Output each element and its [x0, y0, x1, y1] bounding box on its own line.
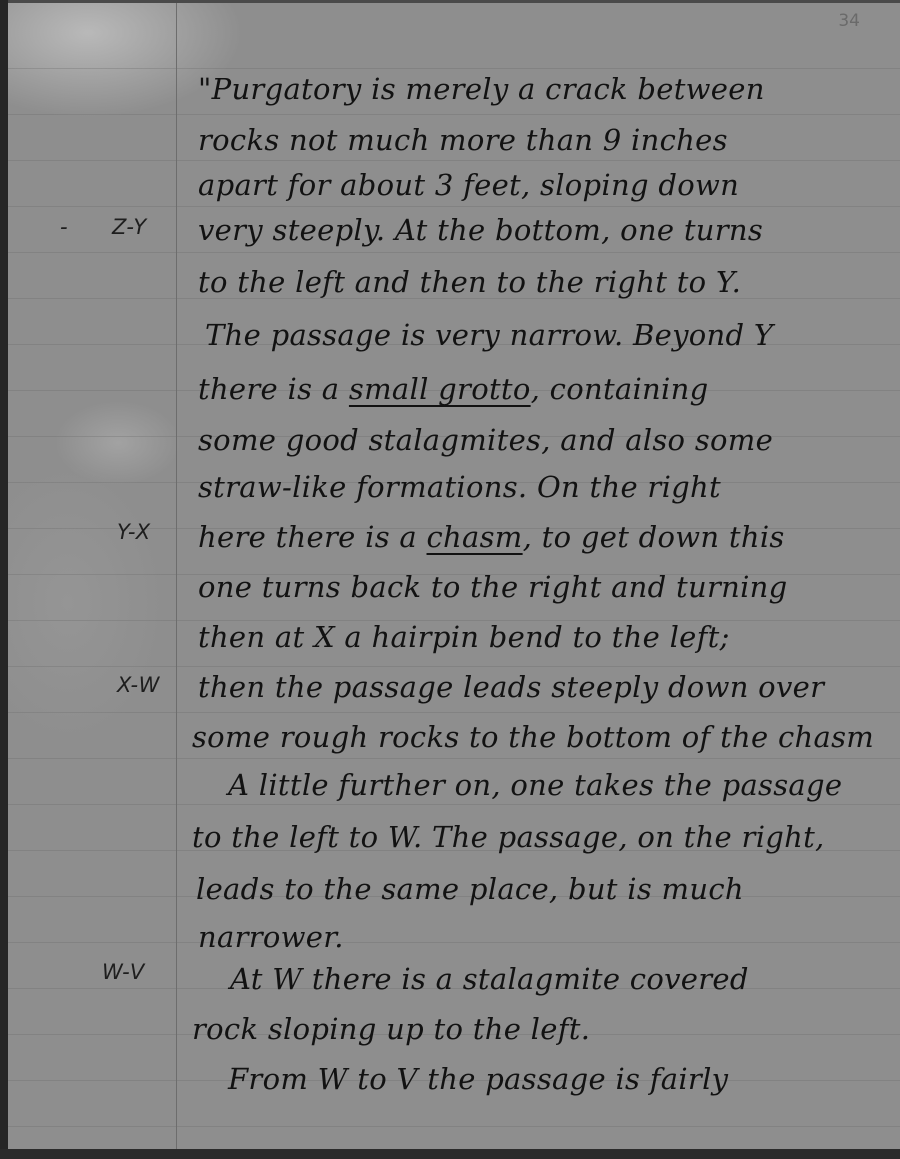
margin-note: - [60, 215, 69, 239]
page-left-edge [0, 0, 8, 1159]
text-span: apart for about 3 feet, sloping down [198, 168, 739, 202]
text-span: one turns back to the right and turning [198, 570, 788, 604]
text-span: here there is a [198, 520, 427, 554]
text-line: some good stalagmites, and also some [198, 423, 773, 457]
text-span: From W to V the passage is fairly [228, 1062, 728, 1096]
text-line: straw-like formations. On the right [198, 470, 721, 504]
text-line: narrower. [198, 920, 344, 954]
text-span: straw-like formations. On the right [198, 470, 721, 504]
text-span: , containing [531, 372, 709, 406]
text-span: leads to the same place, but is much [196, 872, 744, 906]
text-span: some rough rocks to the bottom of the ch… [192, 720, 874, 754]
text-span: , to get down this [523, 520, 785, 554]
text-span: A little further on, one takes the passa… [228, 768, 842, 802]
underlined-phrase: small grotto [349, 372, 531, 406]
margin-note: Y-X [117, 520, 151, 544]
text-span: then at X a hairpin bend to the left; [198, 620, 730, 654]
text-line: then at X a hairpin bend to the left; [198, 620, 730, 654]
notebook-page: 34 -Z-YY-XX-WW-V "Purgatory is merely a … [8, 3, 900, 1149]
text-span: At W there is a stalagmite covered [230, 962, 749, 996]
text-span: to the left and then to the right to Y. [198, 265, 741, 299]
text-line: there is a small grotto, containing [198, 372, 708, 406]
text-span: The passage is very narrow. Beyond Y [205, 318, 773, 352]
text-line: The passage is very narrow. Beyond Y [205, 318, 773, 352]
text-line: here there is a chasm, to get down this [198, 520, 785, 554]
text-line: one turns back to the right and turning [198, 570, 788, 604]
margin-note: W-V [102, 960, 145, 984]
text-span: very steeply. At the bottom, one turns [198, 213, 763, 247]
text-line: some rough rocks to the bottom of the ch… [192, 720, 874, 754]
text-line: "Purgatory is merely a crack between [198, 72, 765, 106]
text-line: then the passage leads steeply down over [198, 670, 824, 704]
text-line: rock sloping up to the left. [192, 1012, 590, 1046]
text-line: From W to V the passage is fairly [228, 1062, 728, 1096]
text-span: "Purgatory is merely a crack between [198, 72, 765, 106]
text-span: rock sloping up to the left. [192, 1012, 590, 1046]
text-line: rocks not much more than 9 inches [198, 123, 728, 157]
text-span: rocks not much more than 9 inches [198, 123, 728, 157]
text-span: then the passage leads steeply down over [198, 670, 824, 704]
text-span: there is a [198, 372, 349, 406]
text-span: narrower. [198, 920, 344, 954]
margin-rule [176, 3, 177, 1149]
text-line: to the left to W. The passage, on the ri… [192, 820, 825, 854]
page-number: 34 [838, 11, 860, 31]
text-span: to the left to W. The passage, on the ri… [192, 820, 825, 854]
text-line: very steeply. At the bottom, one turns [198, 213, 763, 247]
margin-note: X-W [117, 673, 160, 697]
underlined-phrase: chasm [427, 520, 523, 554]
text-line: to the left and then to the right to Y. [198, 265, 741, 299]
text-line: At W there is a stalagmite covered [230, 962, 749, 996]
margin-note: Z-Y [112, 215, 147, 239]
text-line: apart for about 3 feet, sloping down [198, 168, 739, 202]
page-bottom-edge [0, 1149, 900, 1159]
text-span: some good stalagmites, and also some [198, 423, 773, 457]
text-line: A little further on, one takes the passa… [228, 768, 842, 802]
text-line: leads to the same place, but is much [196, 872, 744, 906]
